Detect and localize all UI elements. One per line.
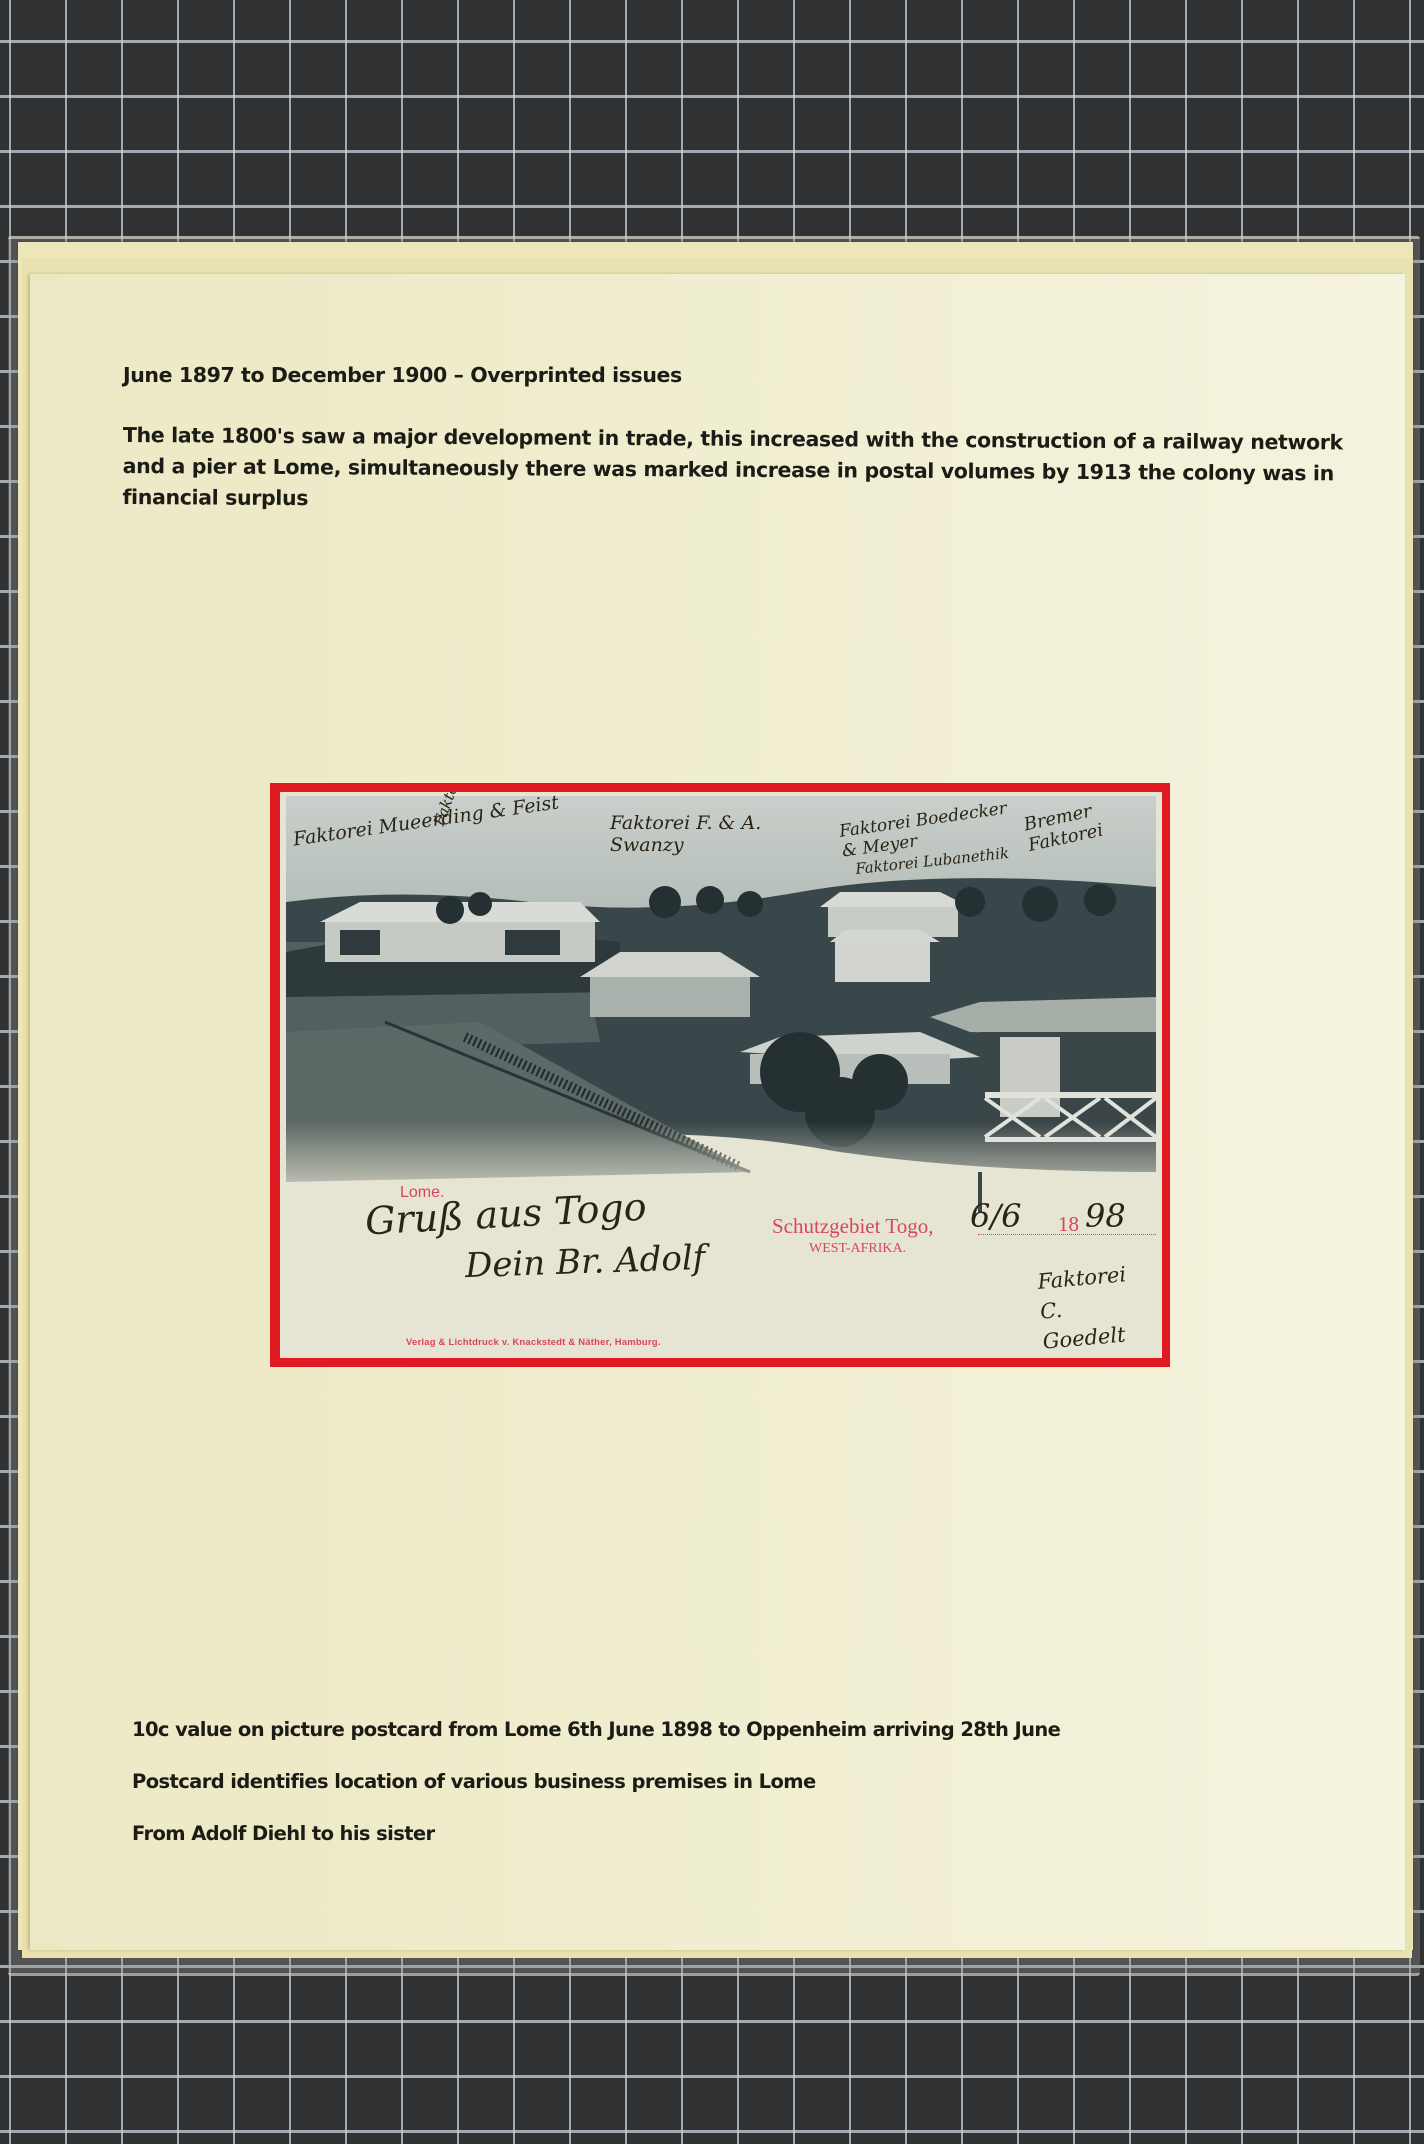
postcard-printed-title: Schutzgebiet Togo,: [772, 1214, 933, 1239]
caption-line: From Adolf Diehl to his sister: [132, 1822, 435, 1845]
caption-line: Postcard identifies location of various …: [132, 1770, 816, 1793]
annotation-handwriting: Faktorei F. & A. Swanzy: [610, 812, 770, 856]
page-heading: June 1897 to December 1900 – Overprinted…: [123, 363, 682, 387]
postcard-publisher-imprint: Verlag & Lichtdruck v. Knackstedt & Näth…: [406, 1337, 661, 1348]
handwritten-date: 6/6: [970, 1197, 1022, 1235]
annotation-handwriting: Faktorei C. Goedelt: [1036, 1257, 1153, 1356]
picture-postcard: Faktorei Mueerding & Feist Faktorei D. W…: [280, 792, 1162, 1358]
postcard-year-prefix: 18: [1058, 1212, 1079, 1237]
lome-street-photo: [280, 792, 1162, 1358]
caption-line: 10c value on picture postcard from Lome …: [132, 1718, 1060, 1741]
intro-paragraph: The late 1800's saw a major development …: [122, 420, 1343, 520]
handwritten-year: 98: [1085, 1197, 1126, 1235]
handwritten-signature: Dein Br. Adolf: [464, 1238, 706, 1286]
postcard-printed-subtitle: WEST-AFRIKA.: [809, 1241, 906, 1257]
